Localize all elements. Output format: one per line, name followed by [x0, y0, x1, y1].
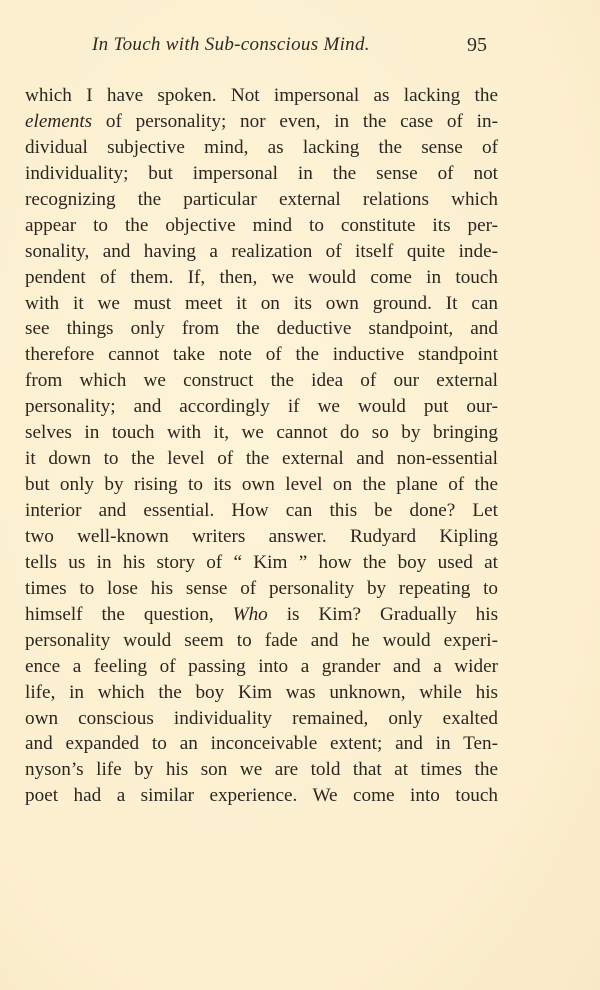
running-title: In Touch with Sub-conscious Mind.	[92, 34, 370, 56]
text-line: personality would seem to fade and he wo…	[25, 628, 498, 654]
text-line: personality; and accordingly if we would…	[25, 394, 498, 420]
text-line: dividual subjective mind, as lacking the…	[25, 135, 498, 161]
italic-word: Who	[233, 604, 268, 625]
text-line: life, in which the boy Kim was unknown, …	[25, 680, 498, 706]
text-line: times to lose his sense of personality b…	[25, 576, 498, 602]
text-line: interior and essential. How can this be …	[25, 498, 498, 524]
text-line: poet had a similar experience. We come i…	[25, 783, 498, 809]
text-line: but only by rising to its own level on t…	[25, 472, 498, 498]
text-line: individuality; but impersonal in the sen…	[25, 161, 498, 187]
text-line: and expanded to an inconceivable extent;…	[25, 731, 498, 757]
text-line: sonality, and having a realization of it…	[25, 239, 498, 265]
text-line: elements of personality; nor even, in th…	[25, 109, 498, 135]
italic-word: elements	[25, 111, 92, 132]
text-line: recognizing the particular external rela…	[25, 187, 498, 213]
text-line: from which we construct the idea of our …	[25, 368, 498, 394]
running-head: In Touch with Sub-conscious Mind. 95	[25, 34, 495, 64]
text-line: himself the question, Who is Kim? Gradua…	[25, 602, 498, 628]
page-number: 95	[467, 34, 487, 57]
text-line: see things only from the deductive stand…	[25, 316, 498, 342]
text-line: it down to the level of the external and…	[25, 446, 498, 472]
text-line: nyson’s life by his son we are told that…	[25, 757, 498, 783]
book-page: In Touch with Sub-conscious Mind. 95 whi…	[0, 0, 600, 990]
body-text: which I have spoken. Not impersonal as l…	[25, 83, 498, 809]
text-line: with it we must meet it on its own groun…	[25, 291, 498, 317]
text-line: tells us in his story of “ Kim ” how the…	[25, 550, 498, 576]
text-line: appear to the objective mind to constitu…	[25, 213, 498, 239]
text-line: selves in touch with it, we cannot do so…	[25, 420, 498, 446]
text-line: own conscious individuality remained, on…	[25, 706, 498, 732]
text-line: therefore cannot take note of the induct…	[25, 342, 498, 368]
text-line: ence a feeling of passing into a grander…	[25, 654, 498, 680]
text-line: which I have spoken. Not impersonal as l…	[25, 83, 498, 109]
text-line: two well-known writers answer. Rudyard K…	[25, 524, 498, 550]
text-line: pendent of them. If, then, we would come…	[25, 265, 498, 291]
